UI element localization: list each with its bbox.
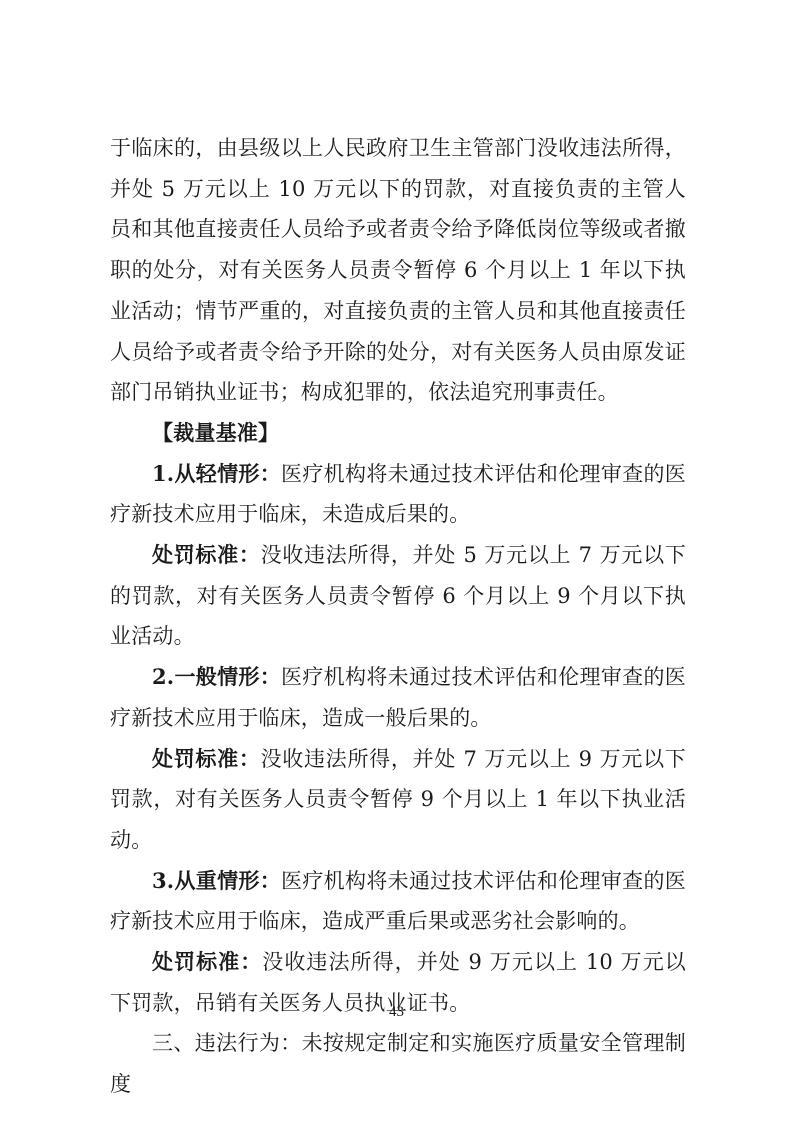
page-number: 43 <box>0 1002 793 1022</box>
paragraph-aggravated-circumstance: 3.从重情形：医疗机构将未通过技术评估和伦理审查的医疗新技术应用于临床，造成严重… <box>110 861 686 942</box>
paragraph-penalty-continuation: 于临床的，由县级以上人民政府卫生主管部门没收违法所得，并处 5 万元以上 10 … <box>110 128 686 413</box>
paragraph-lead: 2.一般情形： <box>152 664 281 689</box>
paragraph-lenient-circumstance: 1.从轻情形：医疗机构将未通过技术评估和伦理审查的医疗新技术应用于临床，未造成后… <box>110 454 686 535</box>
paragraph-lead: 处罚标准： <box>152 949 262 974</box>
heading-text: 【裁量基准】 <box>152 420 279 445</box>
paragraph-lead: 3.从重情形： <box>152 868 281 893</box>
document-page: 于临床的，由县级以上人民政府卫生主管部门没收违法所得，并处 5 万元以上 10 … <box>0 0 793 1122</box>
paragraph-penalty-standard-2: 处罚标准：没收违法所得，并处 7 万元以上 9 万元以下罚款，对有关医务人员责令… <box>110 739 686 861</box>
paragraph-general-circumstance: 2.一般情形：医疗机构将未通过技术评估和伦理审查的医疗新技术应用于临床，造成一般… <box>110 657 686 738</box>
heading-discretion-benchmark: 【裁量基准】 <box>110 413 686 454</box>
document-body: 于临床的，由县级以上人民政府卫生主管部门没收违法所得，并处 5 万元以上 10 … <box>110 128 686 1105</box>
paragraph-penalty-standard-1: 处罚标准：没收违法所得，并处 5 万元以上 7 万元以下的罚款，对有关医务人员责… <box>110 535 686 657</box>
paragraph-violation-three: 三、违法行为：未按规定制定和实施医疗质量安全管理制度 <box>110 1023 686 1104</box>
paragraph-text: 三、违法行为：未按规定制定和实施医疗质量安全管理制度 <box>110 1031 686 1096</box>
paragraph-text: 于临床的，由县级以上人民政府卫生主管部门没收违法所得，并处 5 万元以上 10 … <box>110 136 686 404</box>
paragraph-lead: 1.从轻情形： <box>152 461 281 486</box>
paragraph-lead: 处罚标准： <box>152 542 261 567</box>
paragraph-lead: 处罚标准： <box>152 746 261 771</box>
